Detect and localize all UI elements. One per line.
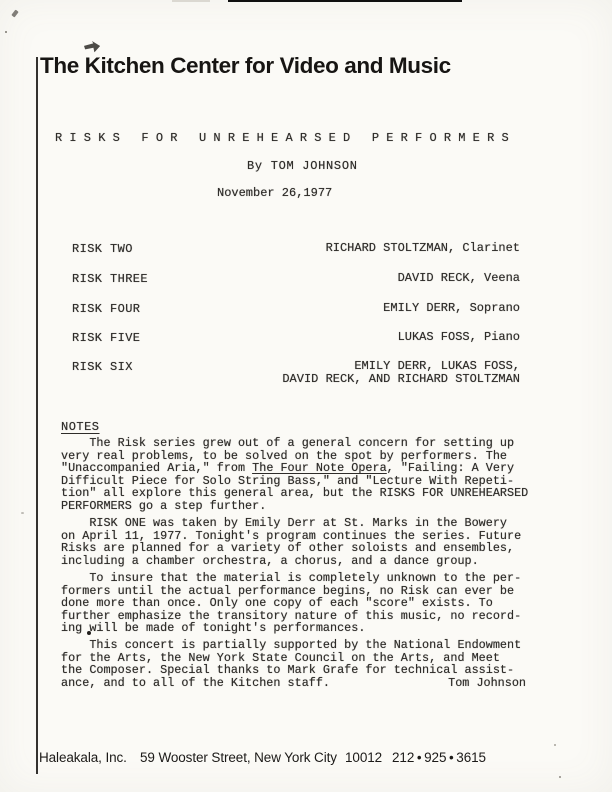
risk-row: RISK SIX EMILY DERR, LUKAS FOSS, DAVID R… [70,360,520,374]
risk-performer: RICHARD STOLTZMAN, Clarinet [70,242,520,255]
scan-artifact-smudge [172,0,210,2]
program-title: R I S K S F O R U N R E H E A R S E D P … [55,131,509,145]
text-line: This concert is partially supported by t… [61,639,524,652]
risk-row: RISK TWO RICHARD STOLTZMAN, Clarinet [70,242,520,256]
risk-performers: EMILY DERR, LUKAS FOSS, DAVID RECK, AND … [70,360,520,387]
notes-heading: NOTES [61,420,100,434]
scanned-document-page: The Kitchen Center for Video and Music R… [0,0,612,792]
footer-phone: 212 • 925 • 3615 [392,750,486,765]
text-line: ing will be made of tonight's performanc… [61,622,524,635]
author-signature: Tom Johnson [448,677,526,690]
text-line: including a chamber orchestra, a chorus,… [61,555,524,568]
notes-paragraph-3: To insure that the material is completel… [61,572,524,635]
letterhead-title: The Kitchen Center for Video and Music [40,53,451,79]
risk-label: RISK SIX [72,360,133,374]
footer-address: 59 Wooster Street, New York City [140,750,337,765]
risk-label: RISK THREE [72,272,148,286]
scan-artifact-dot [5,31,7,33]
notes-paragraph-1: The Risk series grew out of a general co… [61,437,524,513]
scan-artifact-dot [21,512,24,514]
footer-zip-code: 10012 [345,750,382,765]
footer-company: Haleakala, Inc. [39,750,127,765]
risk-row: RISK FIVE LUKAS FOSS, Piano [70,331,520,345]
notes-paragraph-2: RISK ONE was taken by Emily Derr at St. … [61,517,524,567]
scan-artifact-tick-mark [11,10,18,18]
text-line: "Unaccompanied Aria," from The Four Note… [61,462,524,475]
program-byline: By TOM JOHNSON [247,159,358,173]
risk-row: RISK THREE DAVID RECK, Veena [70,272,520,286]
letterhead-footer: Haleakala, Inc. 59 Wooster Street, New Y… [39,750,499,770]
text-line: To insure that the material is completel… [61,572,524,585]
program-date: November 26,1977 [217,186,332,200]
risk-label: RISK FOUR [72,302,140,316]
text-segment: ance, and to all of the Kitchen staff. [61,676,330,690]
risk-performer-line: DAVID RECK, AND RICHARD STOLTZMAN [70,373,520,386]
scan-artifact-dot [554,744,556,746]
text-line: PERFORMERS go a step further. [61,500,524,513]
text-line: RISK ONE was taken by Emily Derr at St. … [61,517,524,530]
risk-label: RISK FIVE [72,331,140,345]
notes-paragraph-4: This concert is partially supported by t… [61,639,524,689]
risk-performer-line: EMILY DERR, LUKAS FOSS, [70,360,520,373]
risk-row: RISK FOUR EMILY DERR, Soprano [70,302,520,316]
letterhead-vertical-rule [36,57,38,774]
scan-artifact-top-line [228,0,462,2]
scan-artifact-dot [559,776,561,778]
text-line: The Risk series grew out of a general co… [61,437,524,450]
scan-artifact-arrow-mark [83,40,100,53]
text-line: done more than once. Only one copy of ea… [61,597,524,610]
risk-label: RISK TWO [72,242,133,256]
text-line: Risks are planned for a variety of other… [61,542,524,555]
text-line: ance, and to all of the Kitchen staff.To… [61,677,524,690]
